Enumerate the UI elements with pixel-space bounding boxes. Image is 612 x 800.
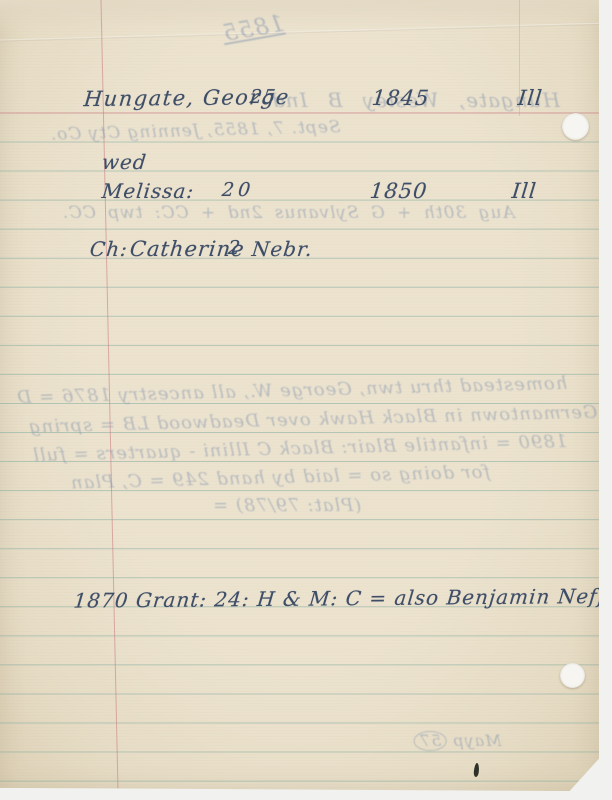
- scanned-page: 1855 Hungate, Wesley B Ind Sept. 7, 1855…: [0, 0, 612, 800]
- entry-wed-label: wed: [101, 150, 148, 174]
- entry-husband-birthyear: 1845: [371, 86, 431, 110]
- bleed-block-line-5: (Plat: 79/78) =: [212, 495, 361, 516]
- ruled-paper-sheet: 1855 Hungate, Wesley B Ind Sept. 7, 1855…: [0, 0, 599, 791]
- hole-punch-bottom: [560, 663, 585, 688]
- entry-wife-age: 20: [221, 179, 255, 201]
- entry-husband-birthplace: Ill: [517, 86, 544, 110]
- census-1870-line: 1870 Grant: 24: H & M: C = also Benjamin…: [73, 583, 612, 612]
- entry-wife-name: Melissa:: [101, 179, 196, 203]
- entry-wife-birthyear: 1850: [369, 179, 429, 203]
- entry-child-prefix: Ch:: [89, 237, 129, 261]
- bleed-block-line-4: for doing so = laid by hand 249 = C, Pla…: [70, 462, 490, 494]
- bleed-line-date: Sept. 7, 1855, Jenning Cty Co.: [50, 117, 341, 145]
- top-fold-shading: [0, 0, 599, 34]
- bleed-circled-number: 57: [414, 731, 446, 751]
- ink-blot: [473, 763, 479, 777]
- entry-wife-birthplace: Ill: [511, 179, 538, 203]
- bleed-block-line-1: homestead thru twn, George W., all ances…: [16, 373, 568, 408]
- bleed-line-mid: Aug 30th + G Sylvanus 2nd + CC: twp CC.: [62, 203, 515, 223]
- entry-child-birthplace: Nebr.: [251, 237, 314, 261]
- entry-husband-age: 25: [249, 86, 277, 108]
- bleed-corner-mark: Mayp 57: [414, 731, 502, 751]
- entry-child-age: 2: [227, 237, 242, 259]
- bleed-corner-scribble: Mayp: [452, 731, 501, 750]
- hole-punch-top: [562, 113, 589, 140]
